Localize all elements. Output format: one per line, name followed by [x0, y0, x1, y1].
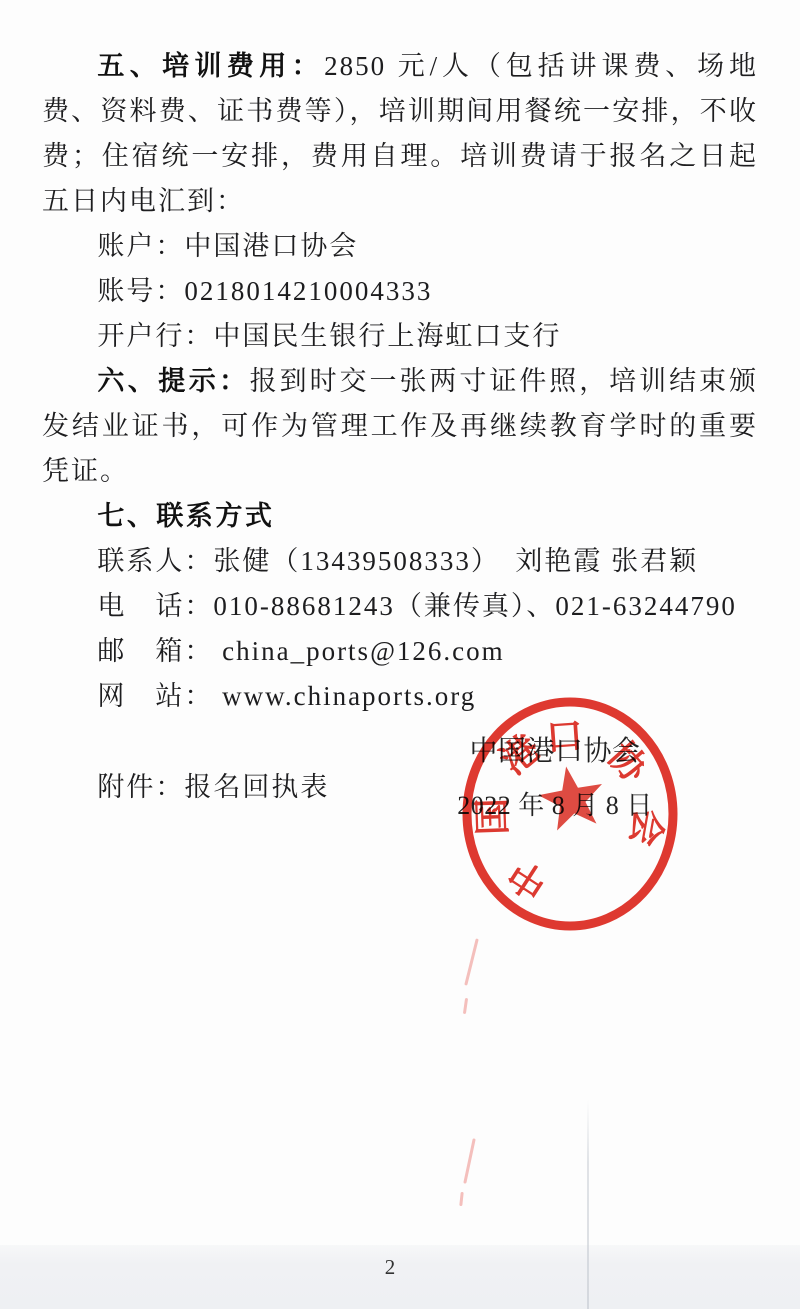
paragraph-training-fee: 五、培训费用：2850 元/人（包括讲课费、场地费、资料费、证书费等），培训期间… [42, 44, 758, 224]
seal-char-guo: 国 [471, 797, 514, 835]
contact-email-line: 邮 箱： china_ports@126.com [42, 629, 758, 674]
seal-star-icon [534, 761, 608, 833]
seal-char-hui: 会 [622, 806, 670, 850]
account-holder-line: 账户：中国港口协会 [42, 224, 758, 269]
section-6-heading: 六、提示： [97, 366, 249, 396]
seal-char-kou: 口 [545, 716, 585, 759]
bank-branch-line: 开户行：中国民生银行上海虹口支行 [42, 314, 758, 359]
section-5-heading: 五、培训费用： [97, 51, 324, 81]
official-seal-stamp: 中 国 港 口 协 会 [455, 692, 685, 936]
ink-smudge [463, 998, 468, 1014]
crease-line [587, 1100, 589, 1309]
document-page: 五、培训费用：2850 元/人（包括讲课费、场地费、资料费、证书费等），培训期间… [0, 0, 800, 1309]
ink-smudge [463, 1138, 475, 1184]
account-number-line: 账号：0218014210004333 [42, 269, 758, 314]
paragraph-note: 六、提示：报到时交一张两寸证件照，培训结束颁发结业证书，可作为管理工作及再继续教… [42, 359, 758, 494]
contact-phone-line: 电 话：010-88681243（兼传真）、021-63244790 [42, 584, 758, 629]
ink-smudge [464, 938, 479, 985]
seal-char-zhong: 中 [501, 851, 555, 906]
section-7-heading: 七、联系方式 [42, 494, 758, 539]
contact-person-line: 联系人：张健（13439508333） 刘艳霞 张君颖 [42, 539, 758, 584]
ink-smudge [459, 1192, 463, 1206]
page-number: 2 [340, 1255, 440, 1280]
